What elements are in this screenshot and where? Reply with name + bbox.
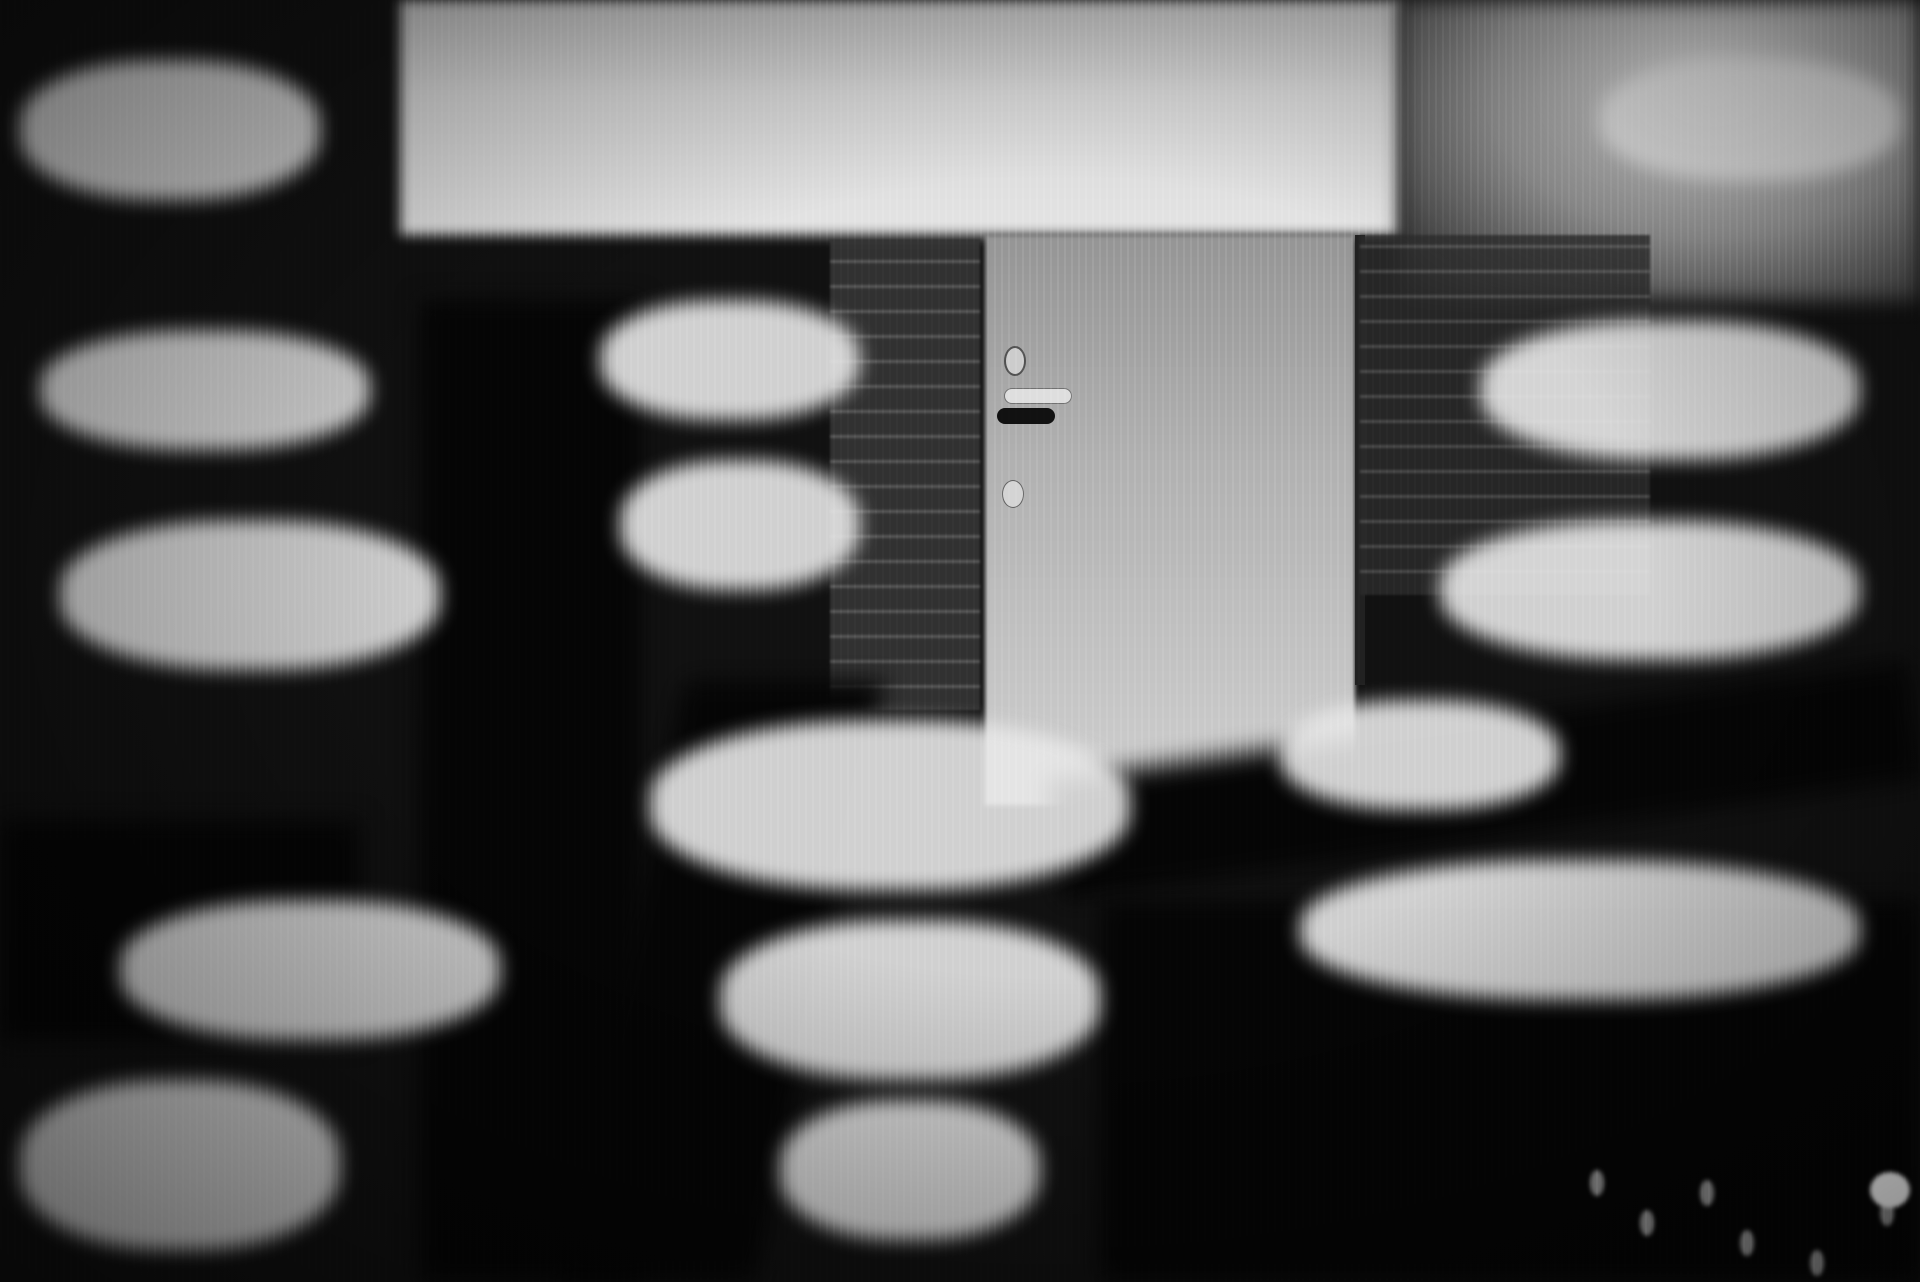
vignette	[0, 0, 1920, 1282]
photograph	[0, 0, 1920, 1282]
